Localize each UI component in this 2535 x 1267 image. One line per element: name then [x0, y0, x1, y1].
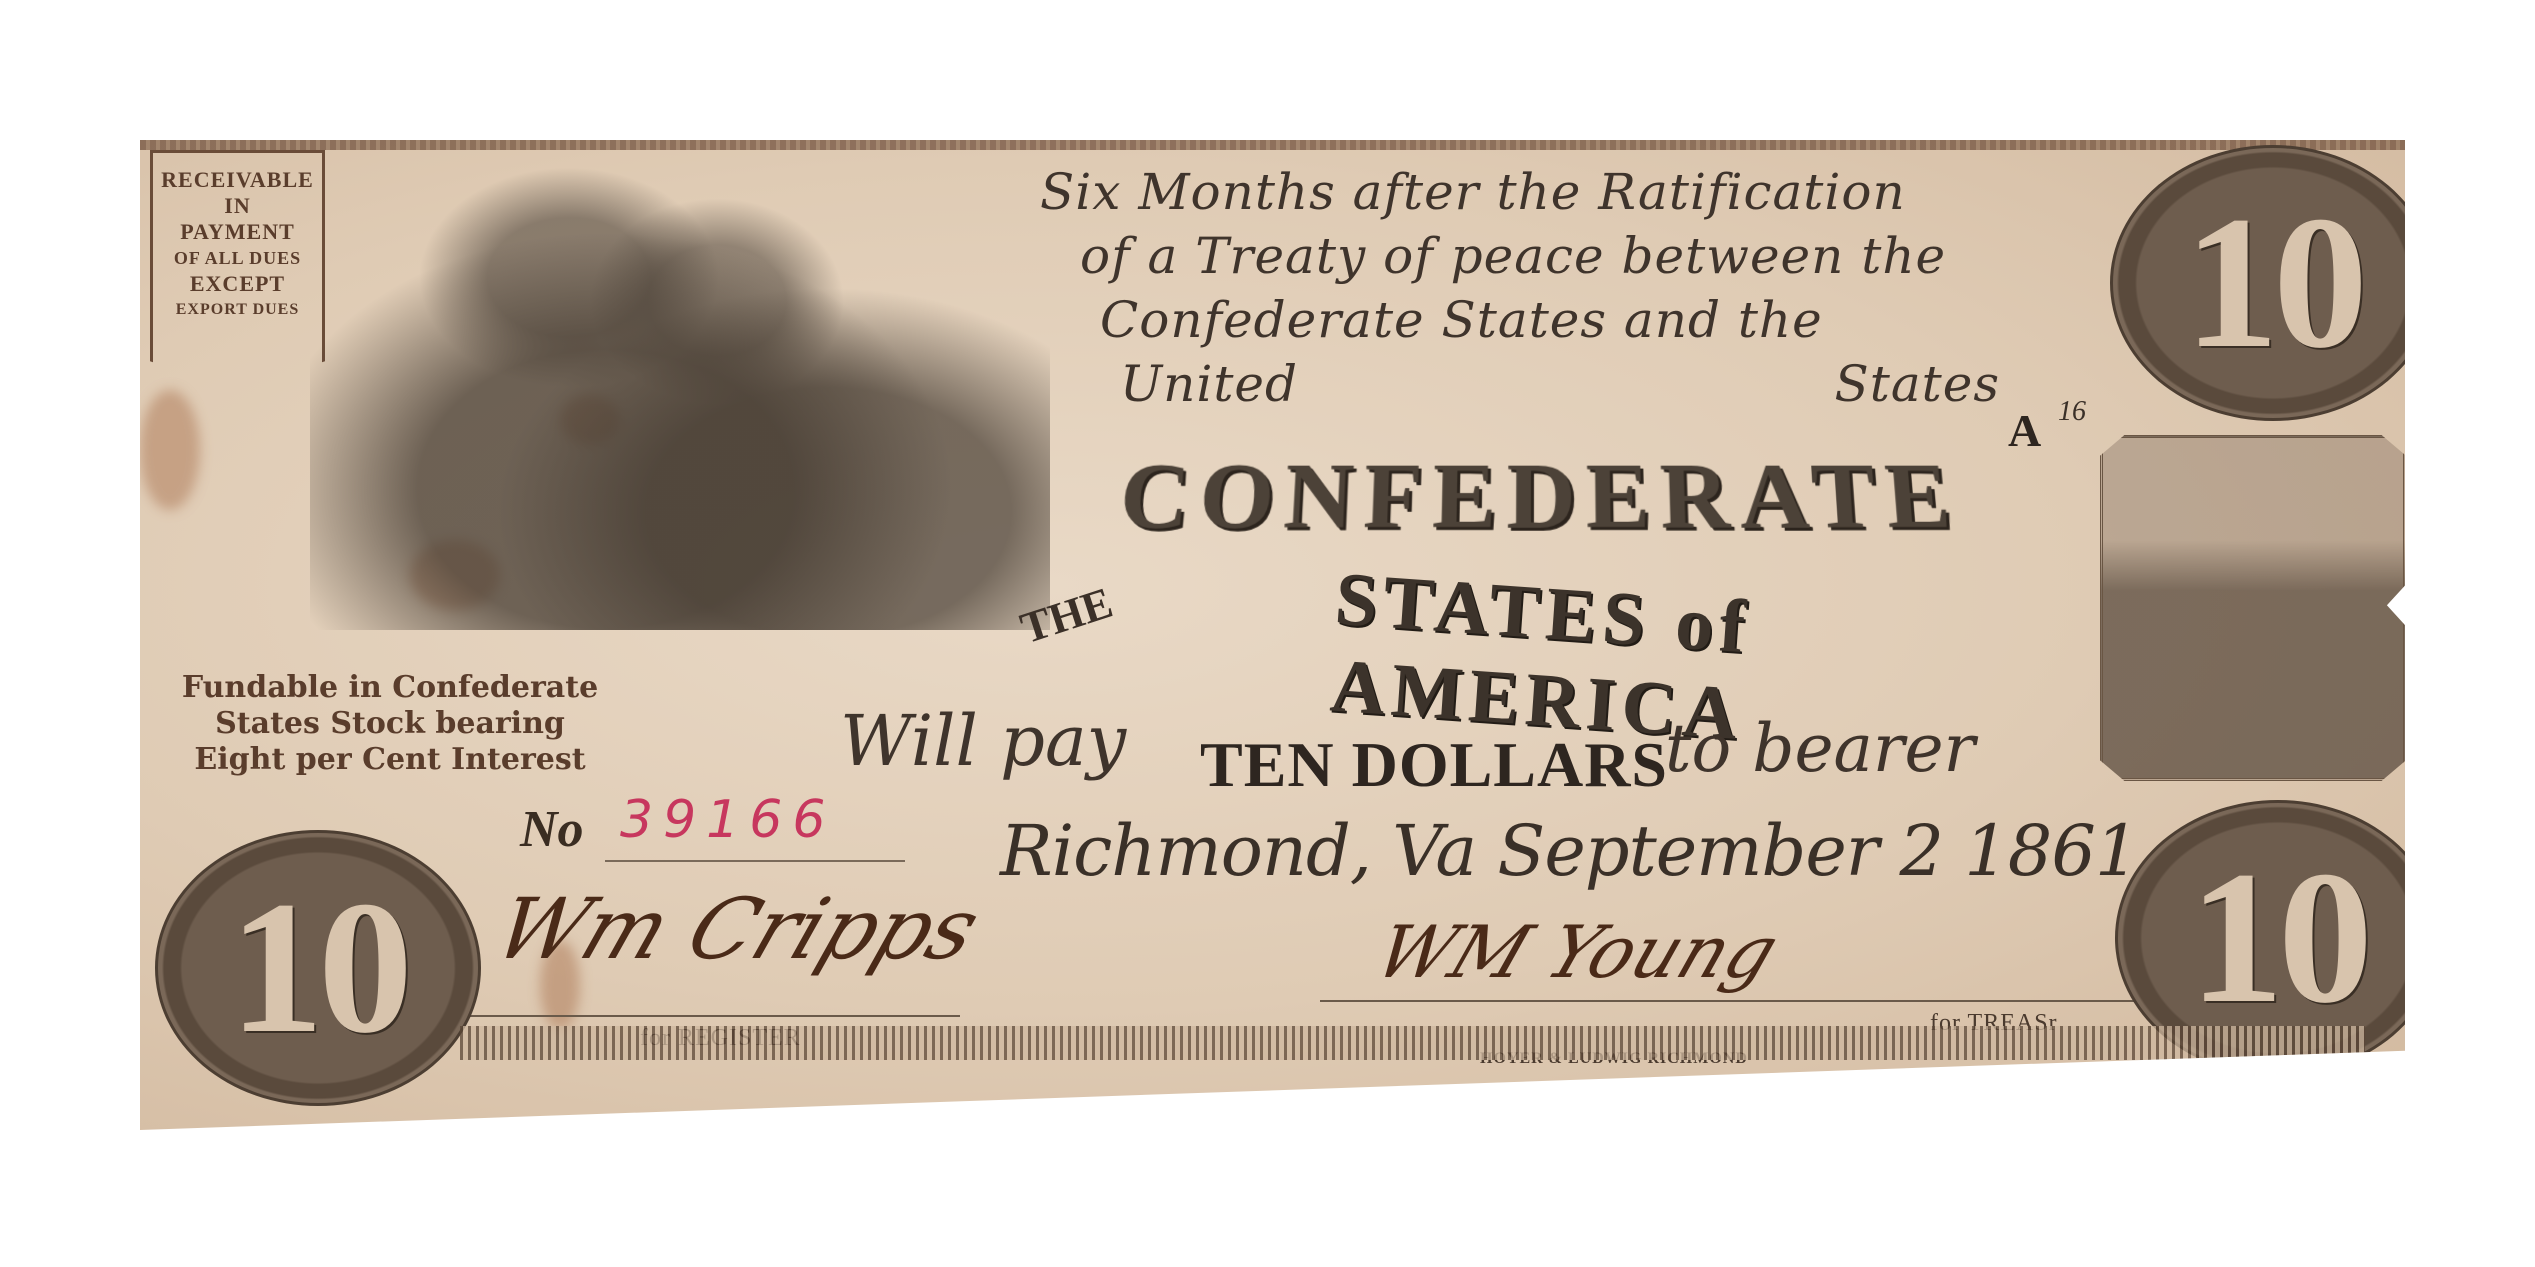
denomination-medallion-bottom-left: 10	[155, 830, 481, 1106]
receivable-line: EXCEPT	[153, 271, 322, 297]
title-confederate: CONFEDERATE	[1085, 441, 1996, 550]
serial-number: 39166	[620, 790, 835, 850]
receivable-line: IN	[153, 193, 322, 219]
receivable-line: PAYMENT	[153, 219, 322, 245]
denomination-numeral: 10	[2184, 188, 2362, 378]
promise-line: of a Treaty of peace between the	[1080, 224, 2220, 288]
fundable-line: States Stock bearing	[160, 706, 620, 742]
denomination-numeral: 10	[229, 873, 407, 1063]
receivable-line: EXPORT DUES	[153, 297, 322, 323]
fundable-line: Eight per Cent Interest	[160, 742, 620, 778]
denomination-numeral: 10	[2189, 843, 2367, 1033]
denomination-text: TEN DOLLARS	[1200, 728, 1668, 802]
banknote: RECEIVABLE IN PAYMENT OF ALL DUES EXCEPT…	[140, 140, 2405, 1130]
promise-line: Six Months after the Ratification	[1040, 160, 2220, 224]
bottom-border	[460, 1026, 2365, 1060]
promise-text: Six Months after the Ratification of a T…	[1020, 160, 2220, 416]
to-bearer-text: to bearer	[1665, 710, 1975, 787]
promise-line: Confederate States and the	[1100, 288, 2220, 352]
denomination-medallion-top-right: 10	[2110, 145, 2436, 421]
receivable-box: RECEIVABLE IN PAYMENT OF ALL DUES EXCEPT…	[150, 150, 325, 390]
landscape-vignette	[2100, 435, 2406, 781]
place-date: Richmond, Va September 2 1861	[1000, 810, 2138, 892]
series-letter: A	[2008, 404, 2041, 457]
register-signature: Wm Cripps	[482, 880, 992, 978]
top-border	[140, 140, 2405, 150]
serial-label: No	[520, 800, 584, 859]
treasurer-signature-line	[1320, 1000, 2220, 1002]
receivable-line: RECEIVABLE	[153, 167, 322, 193]
receivable-line: OF ALL DUES	[153, 245, 322, 271]
treasurer-signature: WM Young	[1365, 910, 1790, 994]
allegorical-vignette	[310, 160, 1050, 630]
promise-line: United States	[1120, 352, 2000, 416]
serial-underline	[605, 860, 905, 862]
promise-word-states: States	[1835, 352, 2001, 416]
fundable-line: Fundable in Confederate	[160, 670, 620, 706]
stain	[140, 390, 200, 510]
promise-word-united: United	[1120, 352, 1298, 416]
plate-number: 16	[2058, 396, 2086, 428]
will-pay-text: Will pay	[840, 700, 1126, 782]
fundable-text: Fundable in Confederate States Stock bea…	[160, 670, 620, 778]
